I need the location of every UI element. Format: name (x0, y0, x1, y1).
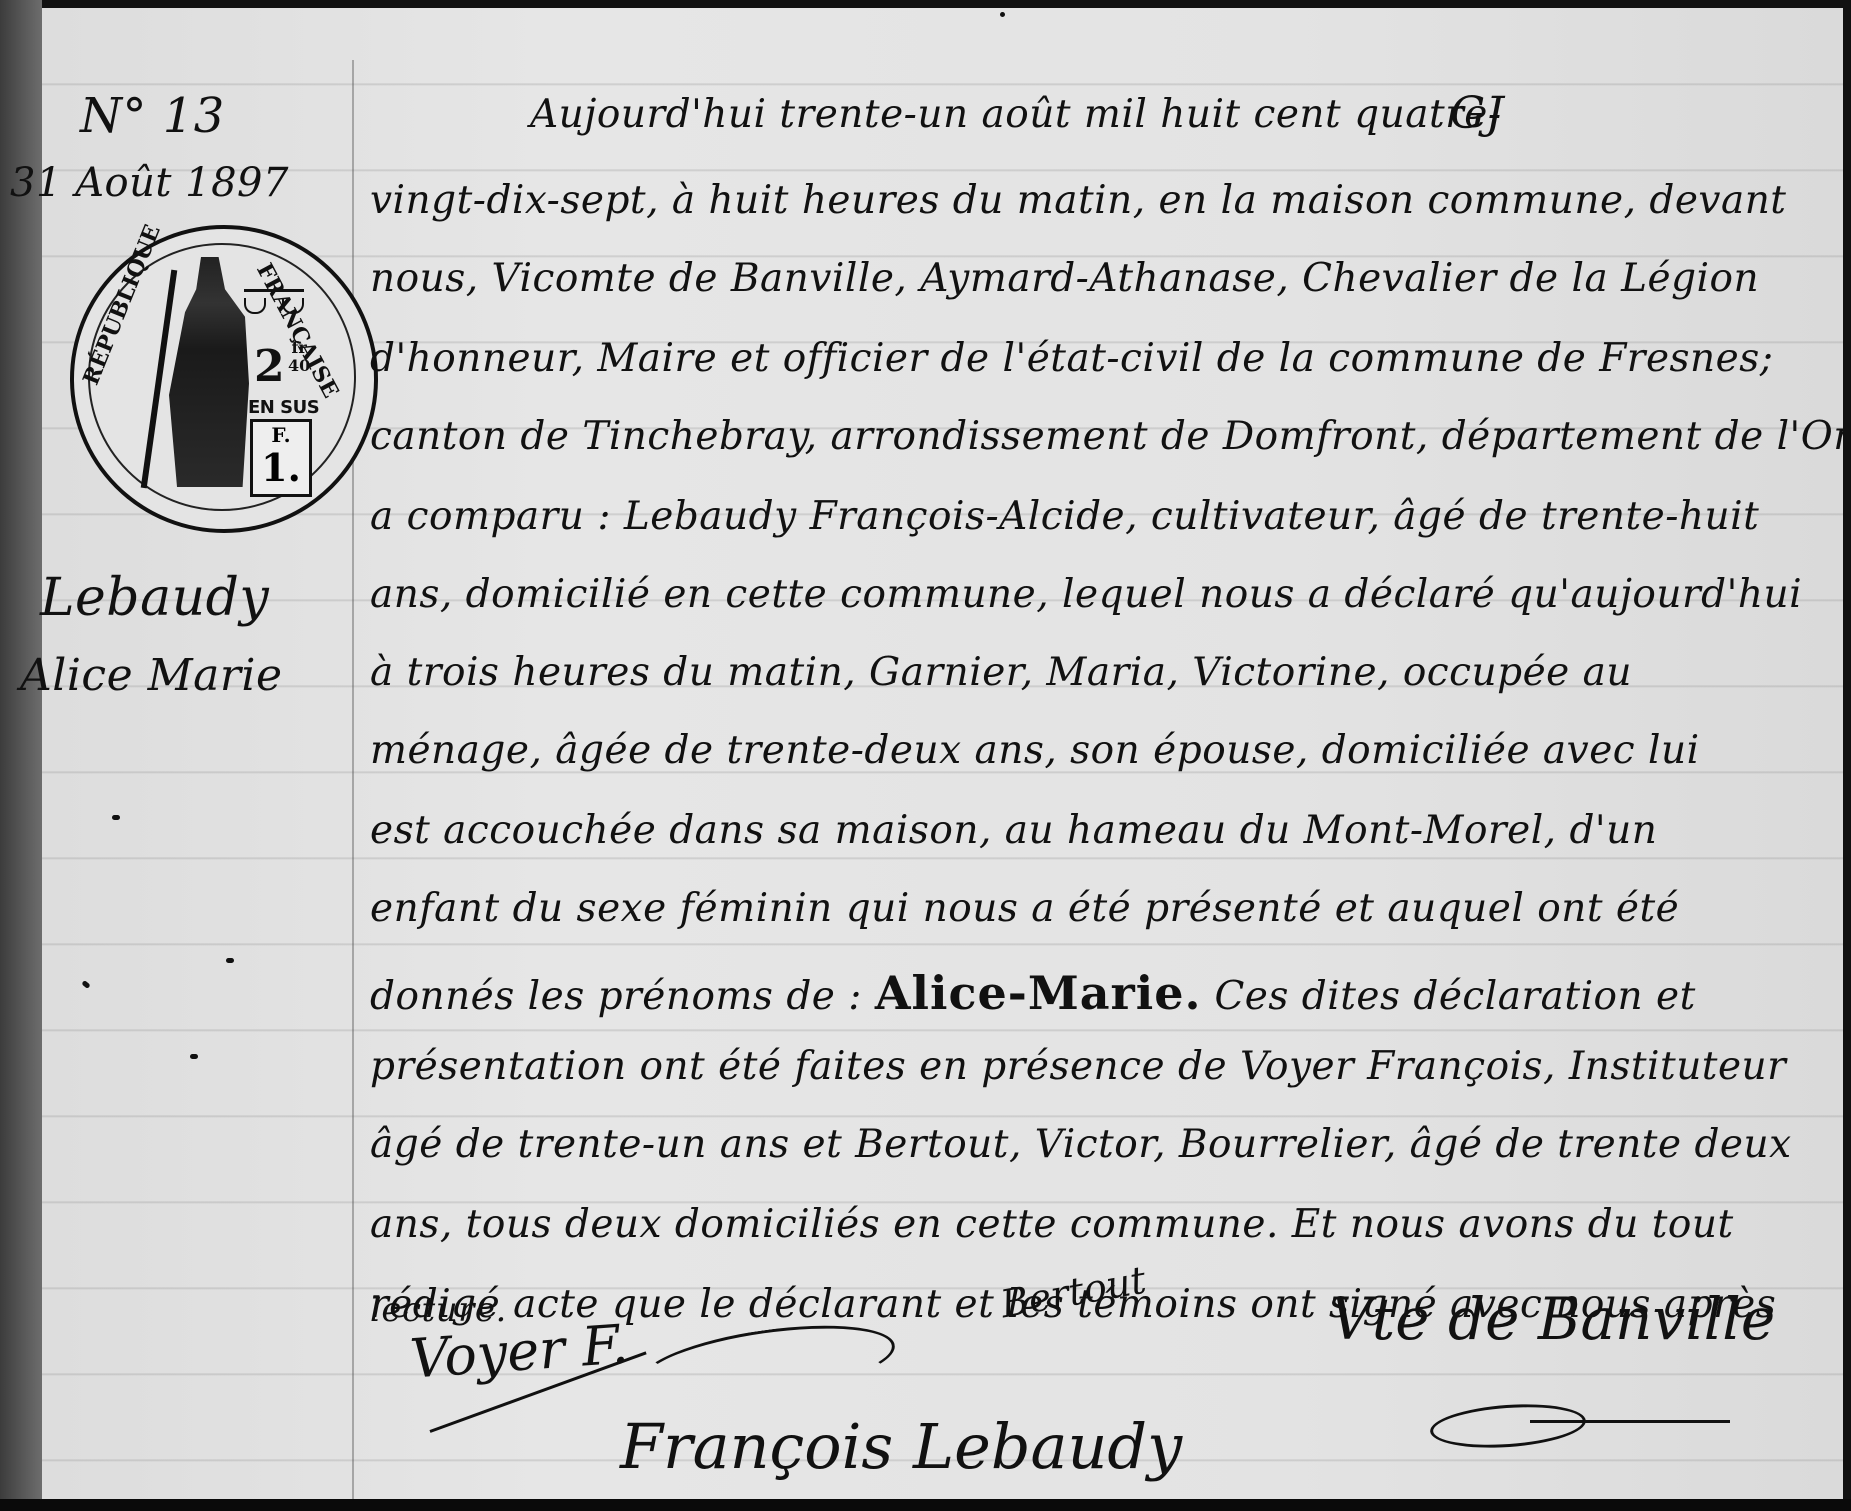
seal-fraction-top: fr (291, 338, 306, 357)
margin-rule (352, 60, 354, 1500)
body-line: enfant du sexe féminin qui nous a été pr… (370, 886, 1679, 931)
scan-right-edge (1843, 0, 1851, 1511)
margin-approval-initials: GJ (1450, 88, 1504, 139)
body-line: canton de Tinchebray, arrondissement de … (370, 414, 1851, 459)
given-names-inline: Alice-Marie. (875, 966, 1202, 1020)
body-line: présentation ont été faites en présence … (370, 1044, 1786, 1089)
signature-declarant: François Lebaudy (620, 1410, 1182, 1483)
body-line-text: donnés les prénoms de : (370, 974, 862, 1019)
seal-box-number: 1. (253, 448, 309, 488)
seal-value-box: F. 1. (250, 419, 312, 497)
ink-speck (112, 815, 120, 820)
body-line: Aujourd'hui trente-un août mil huit cent… (530, 92, 1502, 137)
body-line: d'honneur, Maire et officier de l'état-c… (370, 336, 1773, 381)
signature-underline (1530, 1420, 1730, 1423)
body-line: vingt-dix-sept, à huit heures du matin, … (370, 178, 1786, 223)
seal-price-fraction: fr 40 (288, 339, 310, 375)
child-surname: Lebaudy (40, 568, 269, 628)
scales-icon (244, 289, 304, 322)
body-line: a comparu : Lebaudy François-Alcide, cul… (370, 494, 1759, 539)
body-line-names: donnés les prénoms de : Alice-Marie. Ces… (370, 966, 1696, 1020)
ink-speck (190, 1054, 198, 1059)
signature-flourish (1429, 1400, 1588, 1453)
body-line: ménage, âgée de trente-deux ans, son épo… (370, 728, 1700, 773)
body-line: à trois heures du matin, Garnier, Maria,… (370, 650, 1632, 695)
body-line: ans, domicilié en cette commune, lequel … (370, 572, 1802, 617)
tax-stamp-seal: RÉPUBLIQUE FRANÇAISE 2 fr 40 EN SUS F. 1… (70, 225, 378, 533)
scan-bottom-edge (0, 1499, 1851, 1511)
scan-top-edge (42, 0, 1845, 8)
child-given-names: Alice Marie (20, 650, 283, 701)
body-line: âgé de trente-un ans et Bertout, Victor,… (370, 1122, 1792, 1167)
binding-spine (0, 0, 42, 1505)
ink-speck (81, 980, 90, 989)
body-line-text: Ces dites déclaration et (1214, 974, 1695, 1019)
register-page: N° 13 31 Août 1897 RÉPUBLIQUE FRANÇAISE … (0, 0, 1845, 1505)
signature-mayor: Vte de Banville (1330, 1285, 1775, 1353)
act-number: N° 13 (80, 88, 225, 144)
act-date: 31 Août 1897 (10, 160, 289, 206)
body-line: nous, Vicomte de Banville, Aymard-Athana… (370, 256, 1759, 301)
ink-speck (226, 958, 234, 963)
seal-ensus: EN SUS (248, 397, 319, 418)
signature-flourish (637, 1313, 900, 1414)
seal-fraction-bottom: 40 (288, 356, 310, 375)
body-line: ans, tous deux domiciliés en cette commu… (370, 1202, 1734, 1247)
ink-speck (1000, 12, 1005, 17)
body-line: est accouchée dans sa maison, au hameau … (370, 808, 1657, 853)
seal-price: 2 (254, 341, 285, 392)
